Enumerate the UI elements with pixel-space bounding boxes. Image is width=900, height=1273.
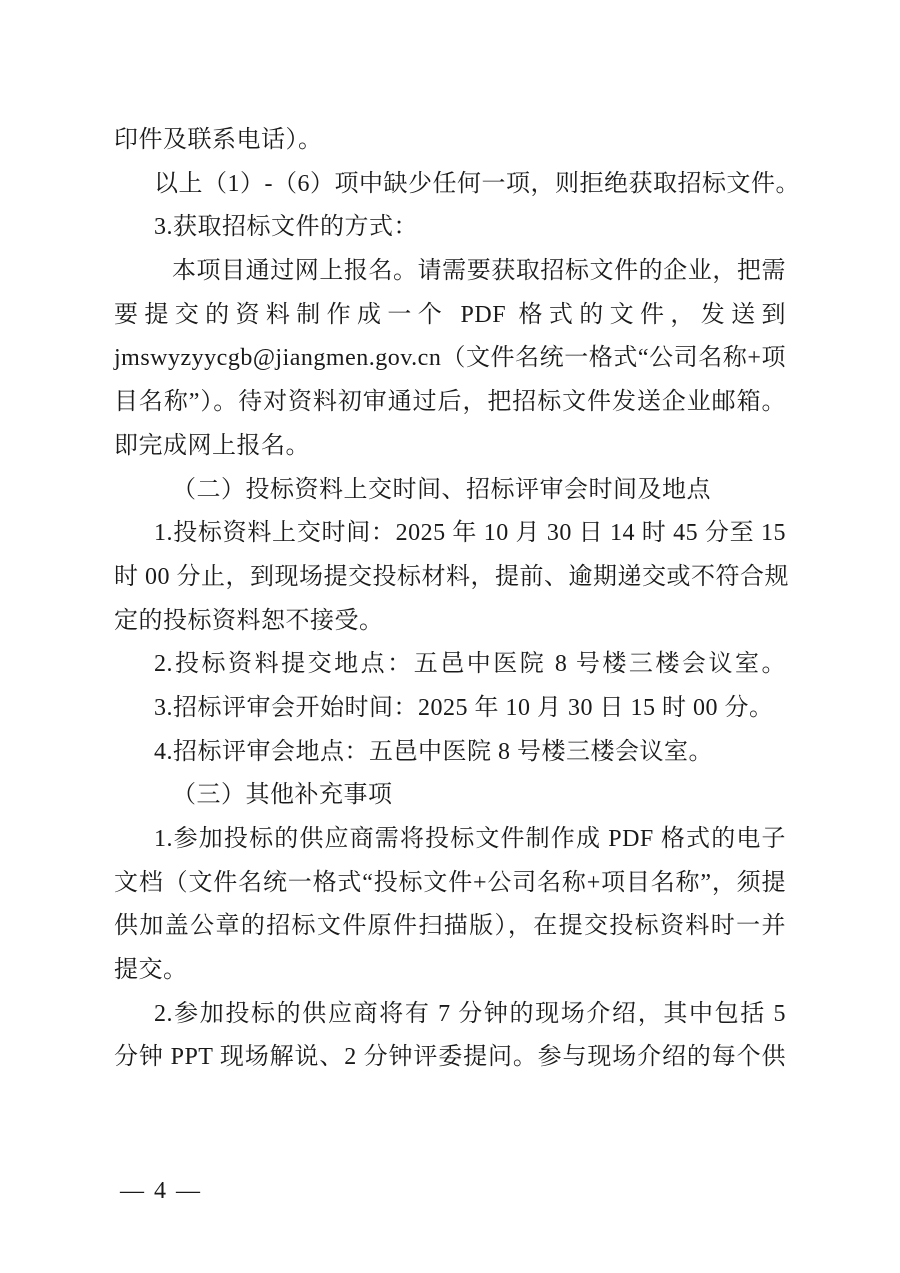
text-line: 要提交的资料制作成一个 PDF 格式的文件，发送到 <box>114 294 786 338</box>
text-line: jmswyzyycgb@jiangmen.gov.cn（文件名统一格式“公司名称… <box>114 337 786 381</box>
document-page: 印件及联系电话）。以上（1）-（6）项中缺少任何一项，则拒绝获取招标文件。3.获… <box>0 0 900 1273</box>
text-line: 提交。 <box>114 949 786 993</box>
text-line: 以上（1）-（6）项中缺少任何一项，则拒绝获取招标文件。 <box>114 163 786 207</box>
text-line: 2.参加投标的供应商将有 7 分钟的现场介绍，其中包括 5 <box>114 993 786 1037</box>
section-heading: （二）投标资料上交时间、招标评审会时间及地点 <box>114 469 786 513</box>
text-line: 时 00 分止，到现场提交投标材料，提前、逾期递交或不符合规 <box>114 556 786 600</box>
text-line: 印件及联系电话）。 <box>114 119 786 163</box>
text-line: 目名称”）。待对资料初审通过后，把招标文件发送企业邮箱。 <box>114 381 786 425</box>
text-line: 供加盖公章的招标文件原件扫描版），在提交投标资料时一并 <box>114 905 786 949</box>
text-line: 3.获取招标文件的方式： <box>114 206 786 250</box>
page-number: — 4 — <box>120 1176 202 1206</box>
text-line: 1.投标资料上交时间：2025 年 10 月 30 日 14 时 45 分至 1… <box>114 512 786 556</box>
document-body: 印件及联系电话）。以上（1）-（6）项中缺少任何一项，则拒绝获取招标文件。3.获… <box>114 119 786 1080</box>
text-line: 分钟 PPT 现场解说、2 分钟评委提问。参与现场介绍的每个供 <box>114 1036 786 1080</box>
text-line: 定的投标资料恕不接受。 <box>114 600 786 644</box>
text-line: 1.参加投标的供应商需将投标文件制作成 PDF 格式的电子 <box>114 818 786 862</box>
section-heading: （三）其他补充事项 <box>114 774 786 818</box>
text-line: 4.招标评审会地点：五邑中医院 8 号楼三楼会议室。 <box>114 731 786 775</box>
text-line: 2.投标资料提交地点：五邑中医院 8 号楼三楼会议室。 <box>114 643 786 687</box>
text-line: 3.招标评审会开始时间：2025 年 10 月 30 日 15 时 00 分。 <box>114 687 786 731</box>
text-line: 即完成网上报名。 <box>114 425 786 469</box>
text-line: 文档（文件名统一格式“投标文件+公司名称+项目名称”，须提 <box>114 862 786 906</box>
text-line: 本项目通过网上报名。请需要获取招标文件的企业，把需 <box>114 250 786 294</box>
